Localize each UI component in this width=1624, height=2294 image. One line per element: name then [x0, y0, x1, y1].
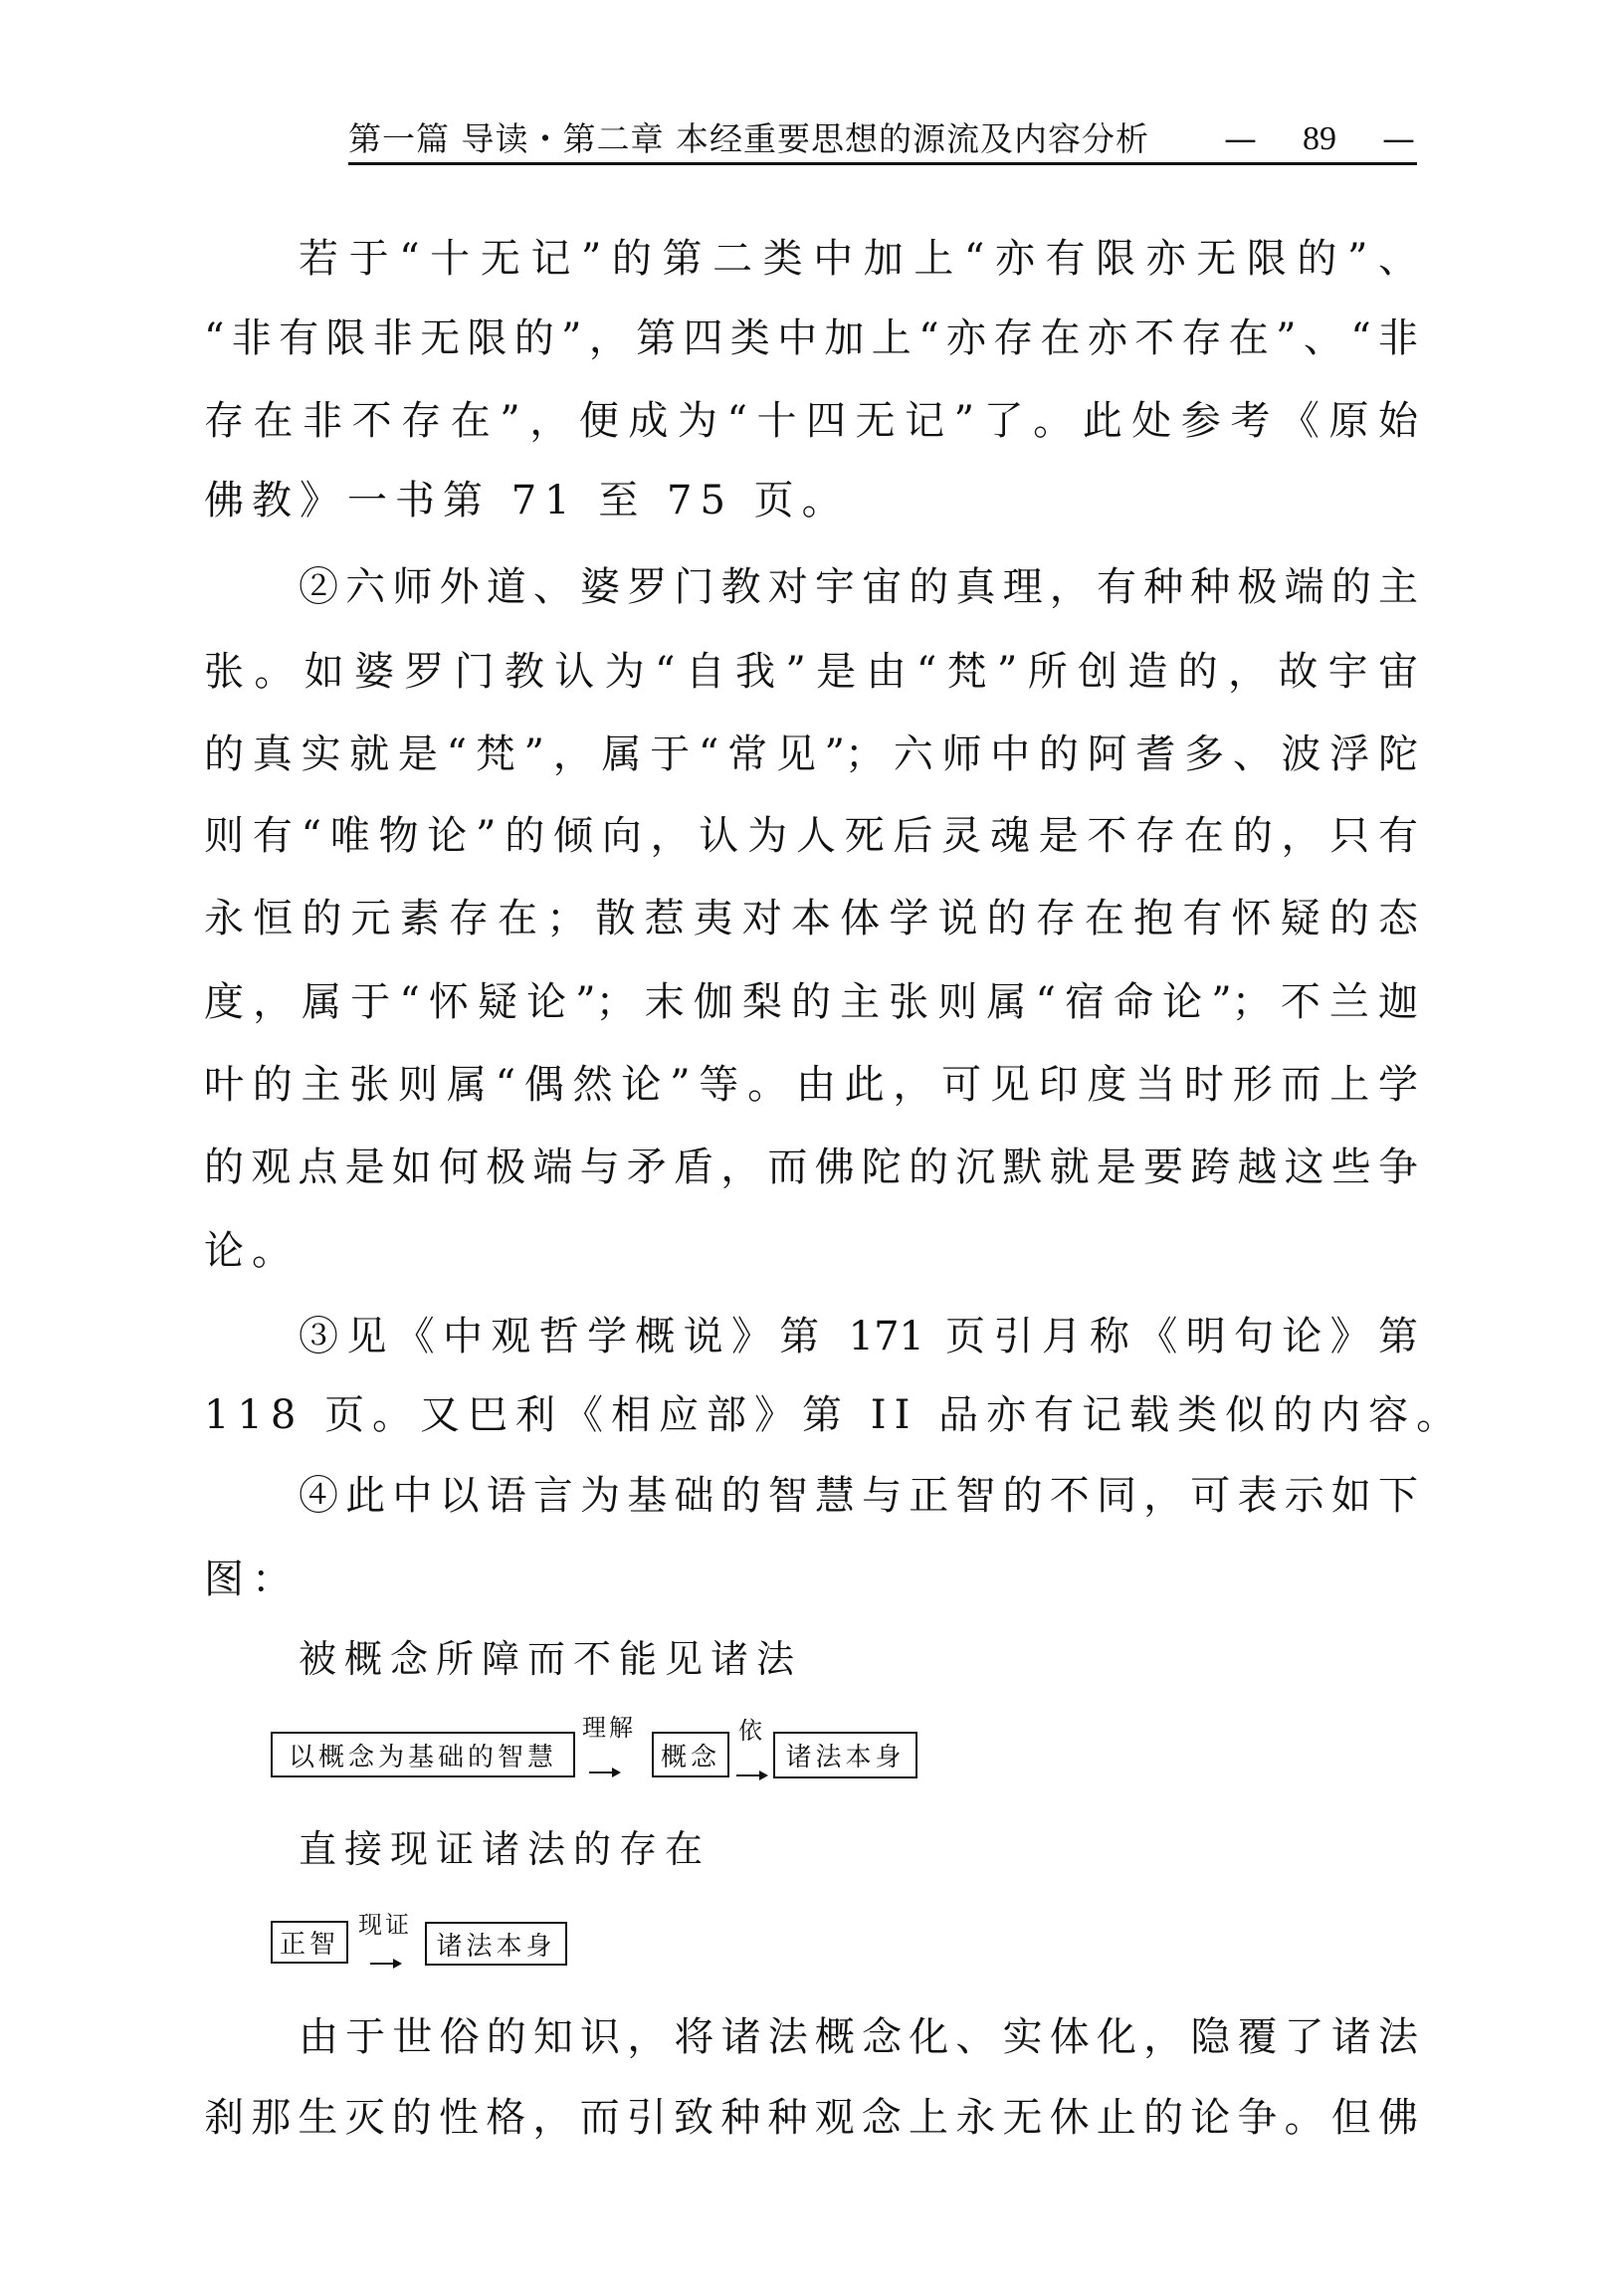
page-dash-left: —	[1224, 119, 1257, 159]
arrow-label-realize: 现证	[358, 1911, 412, 1939]
diagram-box-concept: 概念	[652, 1732, 729, 1777]
arrow-label-understand: 理解	[582, 1714, 636, 1742]
arrow-right-icon	[736, 1774, 766, 1776]
text-line: 永恒的元素存在；散惹夷对本体学说的存在抱有怀疑的态	[204, 894, 1418, 943]
chapter-title: 第一篇 导读・第二章 本经重要思想的源流及内容分析	[348, 119, 1224, 159]
diagram-box-concept-wisdom: 以概念为基础的智慧	[271, 1732, 575, 1777]
diagram-caption-upper: 被概念所障而不能见诸法	[299, 1634, 802, 1684]
running-header: 第一篇 导读・第二章 本经重要思想的源流及内容分析 — 89 —	[348, 117, 1417, 161]
text-line: “非有限非无限的”，第四类中加上“亦存在亦不存在”、“非	[204, 313, 1418, 363]
arrow-label-depend: 依	[738, 1717, 765, 1745]
text-line: ③见《中观哲学概说》第 171 页引月称《明句论》第	[299, 1312, 1418, 1361]
diagram-caption-lower: 直接现证诸法的存在	[299, 1824, 710, 1874]
text-line: 则有“唯物论”的倾向，认为人死后灵魂是不存在的，只有	[204, 811, 1418, 861]
book-page: 第一篇 导读・第二章 本经重要思想的源流及内容分析 — 89 — 若于“十无记”…	[0, 0, 1624, 2294]
arrow-right-icon	[370, 1963, 400, 1965]
header-rule	[348, 162, 1417, 165]
text-line: 的真实就是“梵”，属于“常见”；六师中的阿耆多、波浮陀	[204, 730, 1418, 779]
text-line: 刹那生灭的性格，而引致种种观念上永无休止的论争。但佛	[204, 2093, 1418, 2143]
text-line: 存在非不存在”，便成为“十四无记”了。此处参考《原始	[204, 396, 1418, 446]
text-line: ②六师外道、婆罗门教对宇宙的真理，有种种极端的主	[299, 562, 1418, 612]
page-number: 89	[1303, 119, 1336, 159]
text-line: 度，属于“怀疑论”；末伽梨的主张则属“宿命论”；不兰迦	[204, 977, 1418, 1027]
diagram-box-right-wisdom: 正智	[271, 1921, 348, 1964]
page-number-group: — 89 —	[1224, 119, 1417, 159]
text-line: 118 页。又巴利《相应部》第 II 品亦有记载类似的内容。	[204, 1390, 1418, 1440]
text-line: 由于世俗的知识，将诸法概念化、实体化，隐覆了诸法	[299, 2012, 1418, 2062]
text-line: 论。	[204, 1226, 1418, 1276]
text-line: 图：	[204, 1555, 1418, 1604]
text-line: ④此中以语言为基础的智慧与正智的不同，可表示如下	[299, 1471, 1418, 1521]
text-line: 叶的主张则属“偶然论”等。由此，可见印度当时形而上学	[204, 1060, 1418, 1110]
diagram-box-dharmas-themselves: 诸法本身	[425, 1922, 567, 1966]
text-line: 若于“十无记”的第二类中加上“亦有限亦无限的”、	[299, 234, 1418, 284]
page-dash-right: —	[1382, 119, 1415, 159]
arrow-right-icon	[589, 1772, 619, 1773]
text-line: 张。如婆罗门教认为“自我”是由“梵”所创造的，故宇宙	[204, 647, 1418, 697]
text-line: 的观点是如何极端与矛盾，而佛陀的沉默就是要跨越这些争	[204, 1143, 1418, 1192]
text-line: 佛教》一书第 71 至 75 页。	[204, 476, 1418, 525]
diagram-box-dharmas-themselves: 诸法本身	[773, 1732, 917, 1778]
